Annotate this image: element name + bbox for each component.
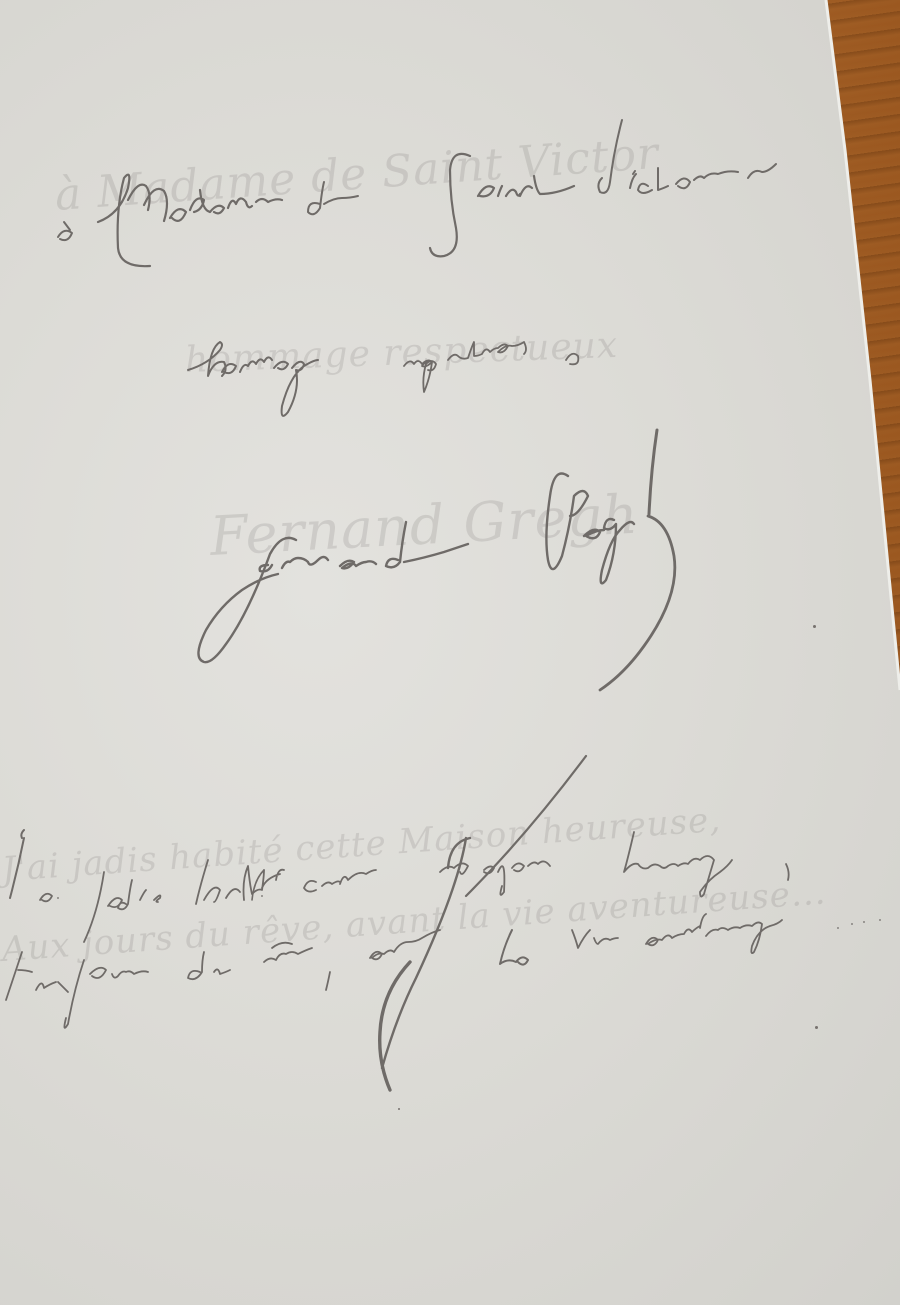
paper-speck <box>398 1108 400 1110</box>
stroke-signature <box>198 430 674 690</box>
paper-speck <box>815 1026 818 1029</box>
stroke-hommage <box>188 342 318 416</box>
stroke-madame <box>98 175 282 267</box>
paper-speck <box>813 625 816 628</box>
stroke-verse-2 <box>6 914 880 1028</box>
stroke-verse-1 <box>10 830 789 1068</box>
stroke-saint <box>430 154 574 256</box>
stroke-victor <box>598 120 776 193</box>
stroke-a-grave <box>58 222 72 240</box>
handwriting-layer: à Madame de Saint Victor hommage respect… <box>0 0 900 1305</box>
photo-scene: à Madame de Saint Victor hommage respect… <box>0 0 900 1305</box>
handwriting-strokes <box>0 0 900 1305</box>
stroke-descender-tails <box>252 756 586 1090</box>
stroke-respectueux <box>404 342 578 392</box>
stroke-de <box>308 182 358 214</box>
